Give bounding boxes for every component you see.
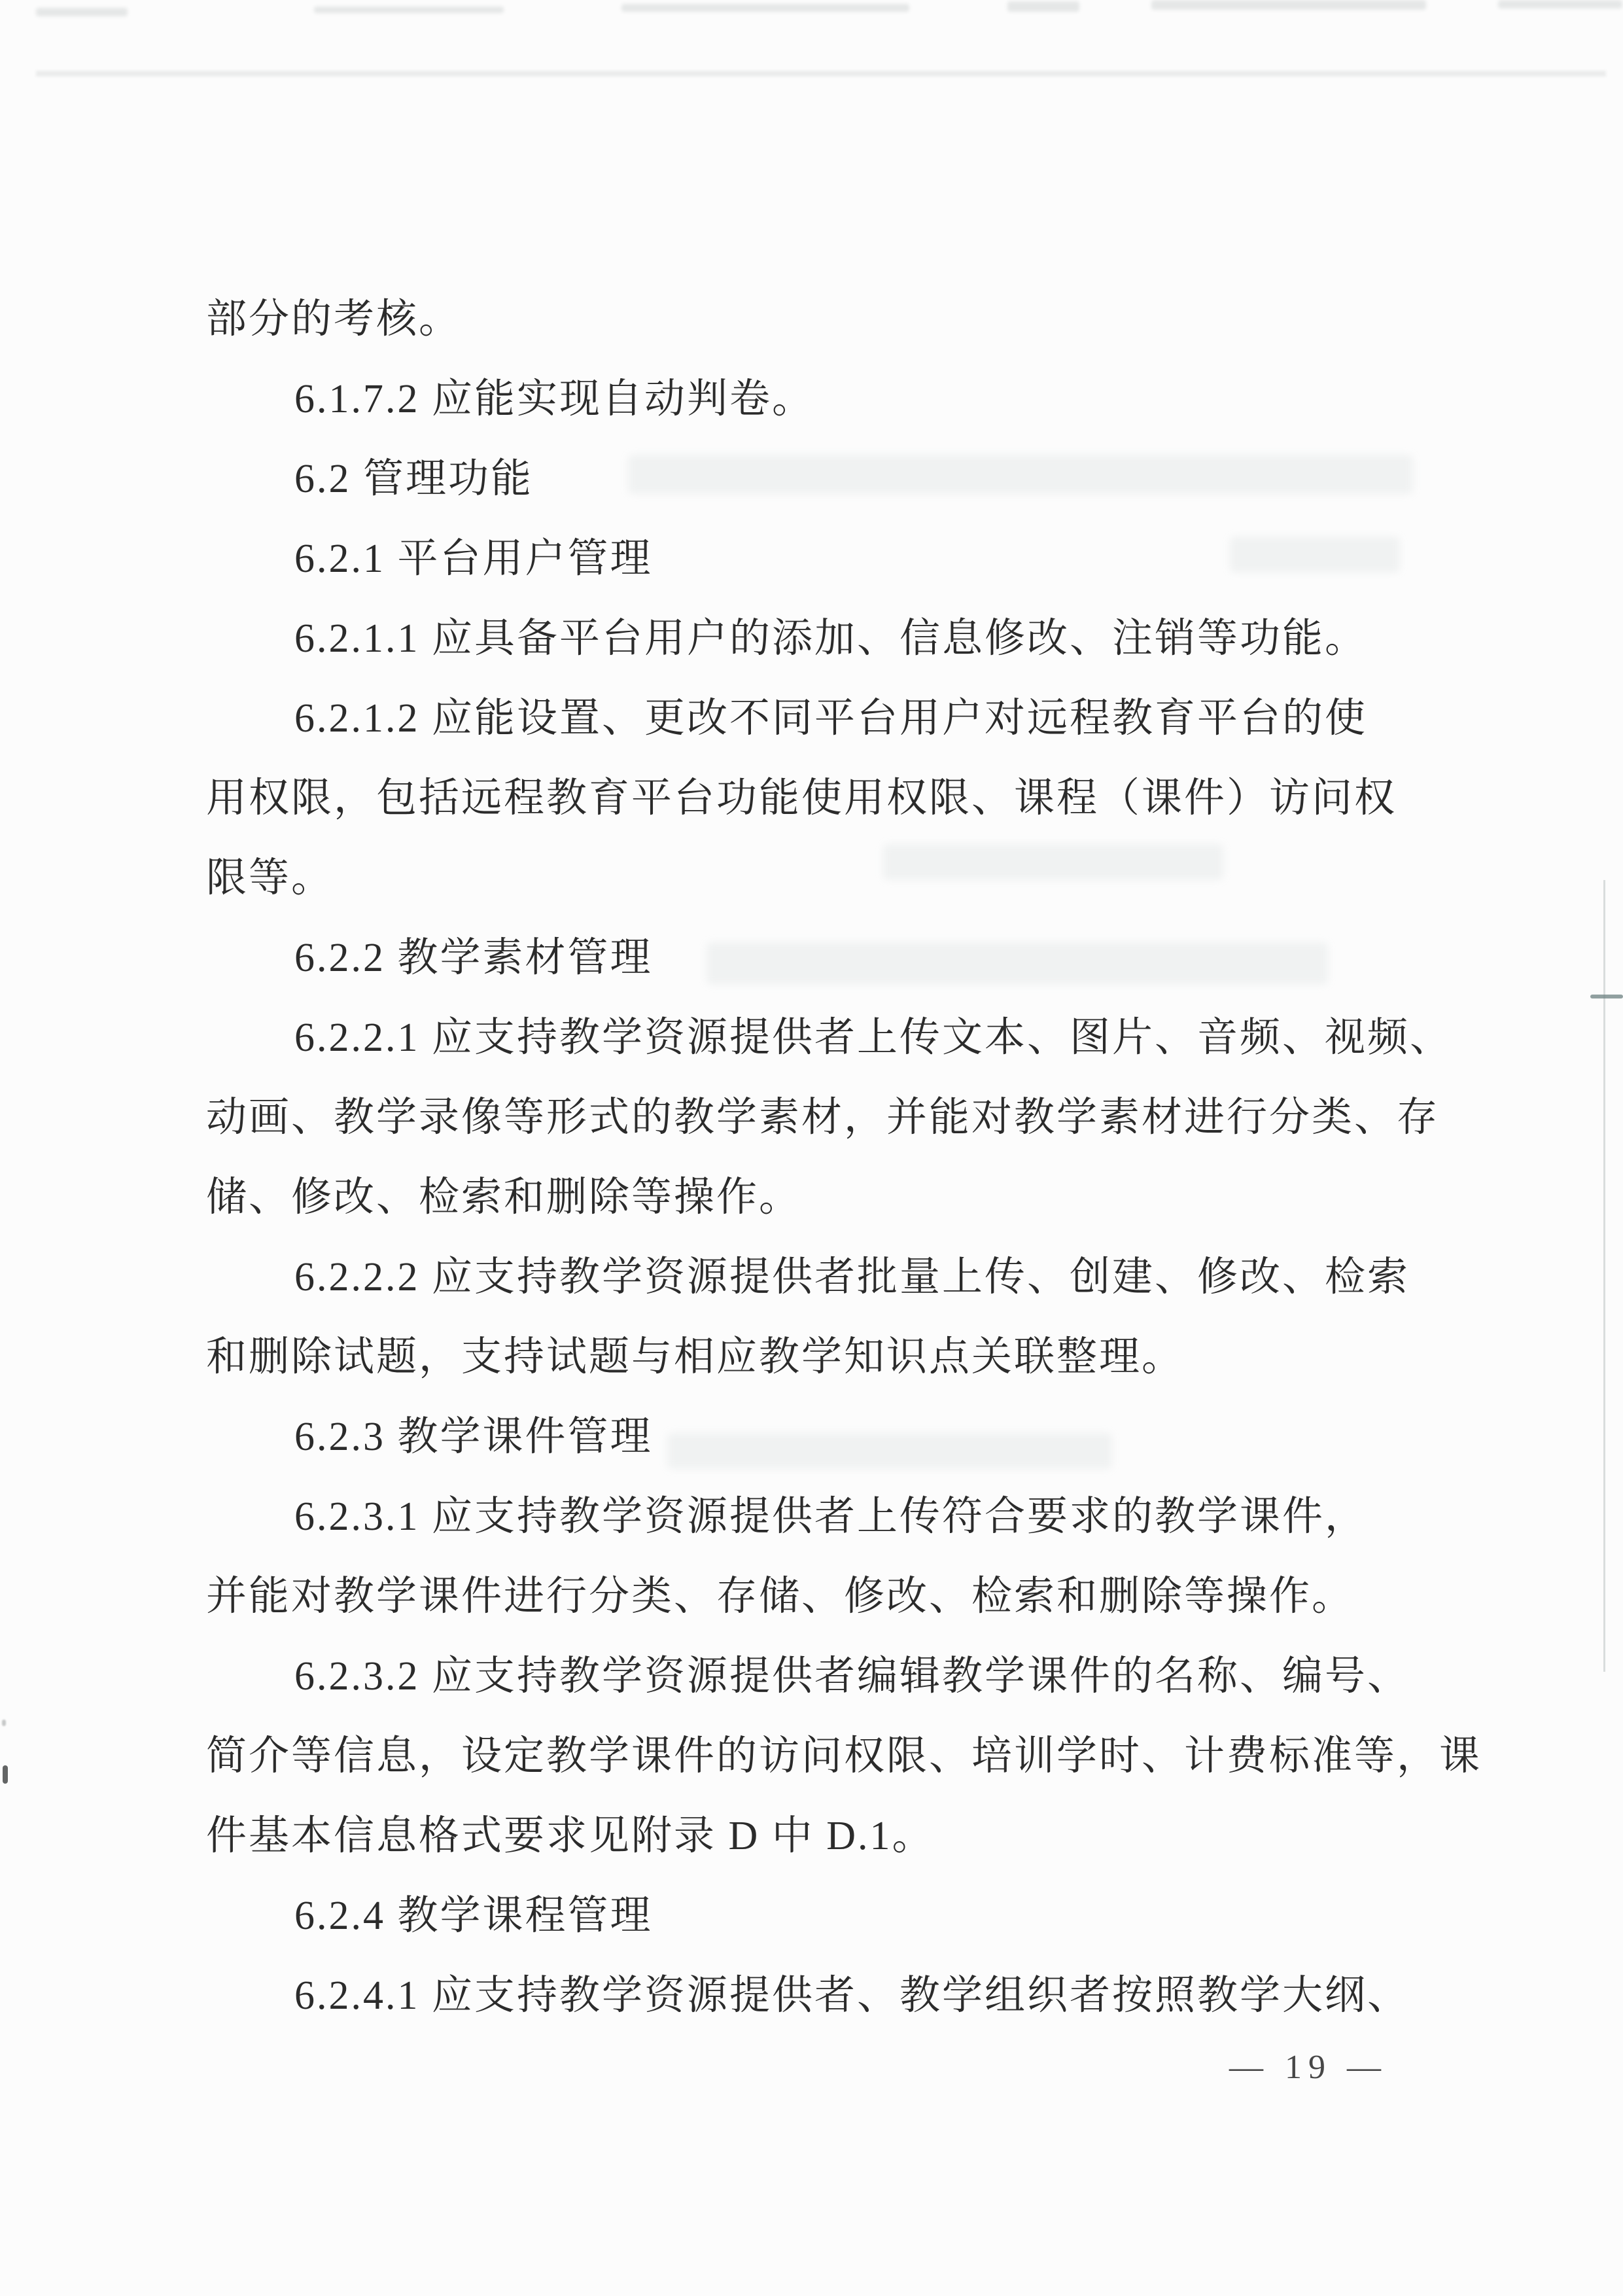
scan-artifact bbox=[36, 8, 128, 16]
text-line: 6.2.4.1 应支持教学资源提供者、教学组织者按照教学大纲、 bbox=[206, 1956, 1433, 2036]
text-line: 限等。 bbox=[206, 838, 1433, 918]
heading-6-2-3: 6.2.3 教学课件管理 bbox=[206, 1397, 1433, 1477]
text-line: 和删除试题，支持试题与相应教学知识点关联整理。 bbox=[206, 1317, 1433, 1397]
scan-artifact bbox=[1007, 1, 1079, 12]
text-line: 动画、教学录像等形式的教学素材，并能对教学素材进行分类、存 bbox=[206, 1078, 1433, 1157]
heading-6-2-2: 6.2.2 教学素材管理 bbox=[206, 918, 1433, 998]
scan-artifact bbox=[314, 7, 504, 13]
text-line: 储、修改、检索和删除等操作。 bbox=[206, 1157, 1433, 1237]
text-line: 6.2.2.2 应支持教学资源提供者批量上传、创建、修改、检索 bbox=[206, 1237, 1433, 1317]
text-line: 6.1.7.2 应能实现自动判卷。 bbox=[206, 359, 1433, 439]
scan-artifact bbox=[1498, 0, 1622, 9]
scanned-document-page: 部分的考核。 6.1.7.2 应能实现自动判卷。 6.2 管理功能 6.2.1 … bbox=[0, 0, 1623, 2296]
page-number: — 19 — bbox=[1213, 2047, 1403, 2089]
text-line: 6.2.2.1 应支持教学资源提供者上传文本、图片、音频、视频、 bbox=[206, 998, 1433, 1078]
scan-artifact bbox=[1590, 995, 1623, 998]
text-line: 6.2.1.1 应具备平台用户的添加、信息修改、注销等功能。 bbox=[206, 599, 1433, 679]
text-line: 简介等信息，设定教学课件的访问权限、培训学时、计费标准等，课 bbox=[206, 1716, 1433, 1796]
heading-6-2: 6.2 管理功能 bbox=[206, 439, 1433, 519]
scan-artifact bbox=[36, 71, 1606, 77]
text-line: 6.2.1.2 应能设置、更改不同平台用户对远程教育平台的使 bbox=[206, 679, 1433, 758]
text-line: 并能对教学课件进行分类、存储、修改、检索和删除等操作。 bbox=[206, 1557, 1433, 1636]
text-line: 6.2.3.2 应支持教学资源提供者编辑教学课件的名称、编号、 bbox=[206, 1636, 1433, 1716]
text-line: 用权限，包括远程教育平台功能使用权限、课程（课件）访问权 bbox=[206, 758, 1433, 838]
scan-artifact bbox=[3, 1765, 8, 1784]
scan-artifact bbox=[621, 4, 909, 12]
text-line: 件基本信息格式要求见附录 D 中 D.1。 bbox=[206, 1796, 1433, 1876]
heading-6-2-4: 6.2.4 教学课程管理 bbox=[206, 1876, 1433, 1956]
text-line: 部分的考核。 bbox=[206, 279, 1433, 359]
text-line: 6.2.3.1 应支持教学资源提供者上传符合要求的教学课件， bbox=[206, 1477, 1433, 1557]
scan-artifact bbox=[1151, 0, 1426, 10]
heading-6-2-1: 6.2.1 平台用户管理 bbox=[206, 519, 1433, 599]
scan-artifact bbox=[2, 1720, 6, 1726]
document-body: 部分的考核。 6.1.7.2 应能实现自动判卷。 6.2 管理功能 6.2.1 … bbox=[206, 279, 1433, 2036]
page-edge-line bbox=[1603, 880, 1605, 1672]
